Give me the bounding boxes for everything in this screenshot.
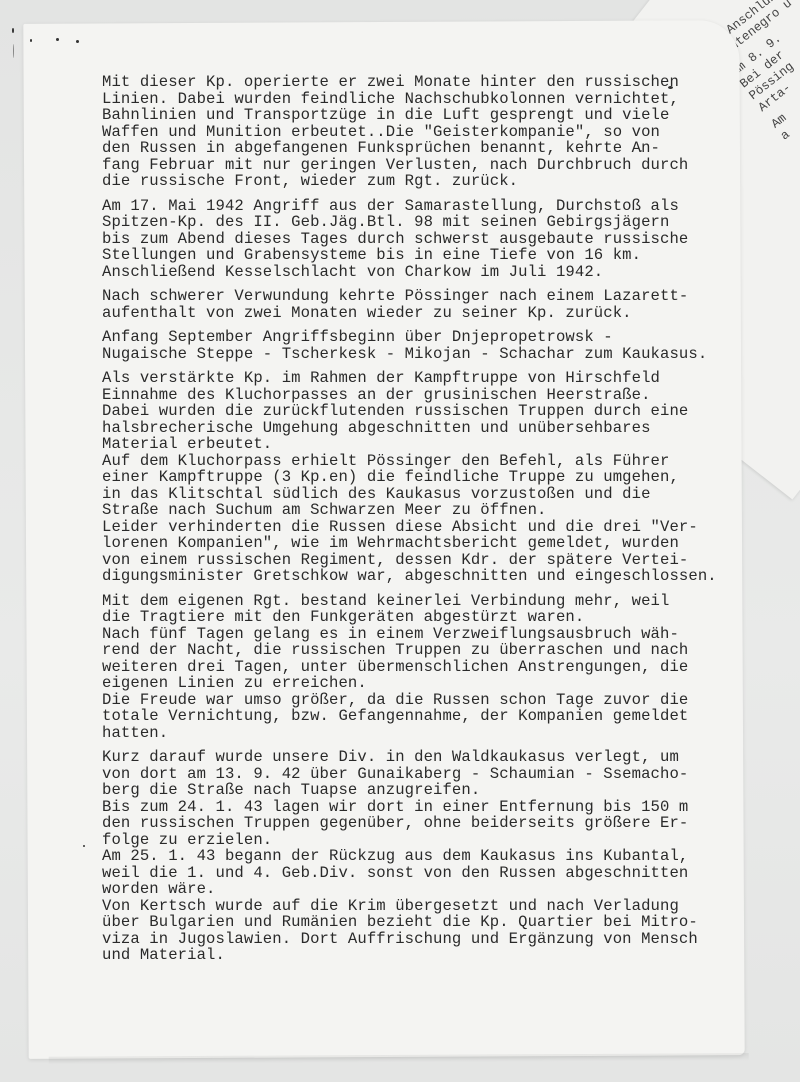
text-line: aufenthalt von zwei Monaten wieder zu se… [102,305,722,322]
text-line: den Russen in abgefangenen Funksprüchen … [102,140,722,157]
text-line: Mit dieser Kp. operierte er zwei Monate … [102,74,722,91]
text-line: Anfang September Angriffsbeginn über Dnj… [102,329,722,346]
text-line: von dort am 13. 9. 42 über Gunaikaberg -… [102,766,722,783]
text-line: Material erbeutet. [102,436,722,453]
paragraph: Am 17. Mai 1942 Angriff aus der Samarast… [102,198,722,281]
text-line: die Tragtiere mit den Funkgeräten abgest… [102,609,722,626]
text-line: Linien. Dabei wurden feindliche Nachschu… [102,91,722,108]
text-line: viza in Jugoslawien. Dort Auffrischung u… [102,931,722,948]
text-line: folge zu erzielen. [102,832,722,849]
text-line: Mit dem eigenen Rgt. bestand keinerlei V… [102,593,722,610]
text-line: Bahnlinien und Transportzüge in die Luft… [102,107,722,124]
text-line: weil die 1. und 4. Geb.Div. sonst von de… [102,865,722,882]
text-line: Waffen und Munition erbeutet..Die "Geist… [102,124,722,141]
text-line: lorenen Kompanien", wie im Wehrmachtsber… [102,535,722,552]
paragraph: Anfang September Angriffsbeginn über Dnj… [102,329,722,362]
text-line: weiteren drei Tagen, unter übermenschlic… [102,659,722,676]
text-line: Bis zum 24. 1. 43 lagen wir dort in eine… [102,799,722,816]
paragraph: Nach schwerer Verwundung kehrte Pössinge… [102,288,722,321]
text-line: einer Kampftruppe (3 Kp.en) die feindlic… [102,469,722,486]
text-line: Von Kertsch wurde auf die Krim übergeset… [102,898,722,915]
text-line: Anschließend Kesselschlacht von Charkow … [102,264,722,281]
text-line: über Bulgarien und Rumänien bezieht die … [102,914,722,931]
text-line: Stellungen und Grabensysteme bis in eine… [102,247,722,264]
paragraph: Mit dieser Kp. operierte er zwei Monate … [102,74,722,190]
paragraph: Als verstärkte Kp. im Rahmen der Kampftr… [102,370,722,585]
text-line: rend der Nacht, die russischen Truppen z… [102,642,722,659]
text-line: Nach fünf Tagen gelang es in einem Verzw… [102,626,722,643]
text-line: worden wäre. [102,881,722,898]
text-line: halsbrecherische Umgehung abgeschnitten … [102,420,722,437]
text-line: berg die Straße nach Tuapse anzugreifen. [102,782,722,799]
text-line: Am 17. Mai 1942 Angriff aus der Samarast… [102,198,722,215]
text-line: Spitzen-Kp. des II. Geb.Jäg.Btl. 98 mit … [102,214,722,231]
text-line: den russischen Truppen gegenüber, ohne b… [102,815,722,832]
text-line: fang Februar mit nur geringen Verlusten,… [102,157,722,174]
text-line: Kurz darauf wurde unsere Div. in den Wal… [102,749,722,766]
text-line: digungsminister Gretschkow war, abgeschn… [102,568,722,585]
paragraph: Kurz darauf wurde unsere Div. in den Wal… [102,749,722,964]
text-line: totale Vernichtung, bzw. Gefangennahme, … [102,708,722,725]
text-line: Straße nach Suchum am Schwarzen Meer zu … [102,502,722,519]
text-line: Dabei wurden die zurückflutenden russisc… [102,403,722,420]
text-line: Am 25. 1. 43 begann der Rückzug aus dem … [102,848,722,865]
text-line: Die Freude war umso größer, da die Russe… [102,692,722,709]
paragraph: Mit dem eigenen Rgt. bestand keinerlei V… [102,593,722,742]
text-line: Nugaische Steppe - Tscherkesk - Mikojan … [102,346,722,363]
text-line: Einnahme des Kluchorpasses an der grusin… [102,387,722,404]
text-line: Nach schwerer Verwundung kehrte Pössinge… [102,288,722,305]
text-line: Auf dem Kluchorpass erhielt Pössinger de… [102,453,722,470]
text-line: in das Klitschtal südlich des Kaukasus v… [102,486,722,503]
text-line: die russische Front, wieder zum Rgt. zur… [102,173,722,190]
text-line: bis zum Abend dieses Tages durch schwers… [102,231,722,248]
text-line: Leider verhinderten die Russen diese Abs… [102,519,722,536]
text-line: hatten. [102,725,722,742]
typewritten-document-body: Mit dieser Kp. operierte er zwei Monate … [102,74,722,972]
text-line: und Material. [102,947,722,964]
text-line: von einem russischen Regiment, dessen Kd… [102,552,722,569]
text-line: eigenen Linien zu erreichen. [102,675,722,692]
text-line: Als verstärkte Kp. im Rahmen der Kampftr… [102,370,722,387]
